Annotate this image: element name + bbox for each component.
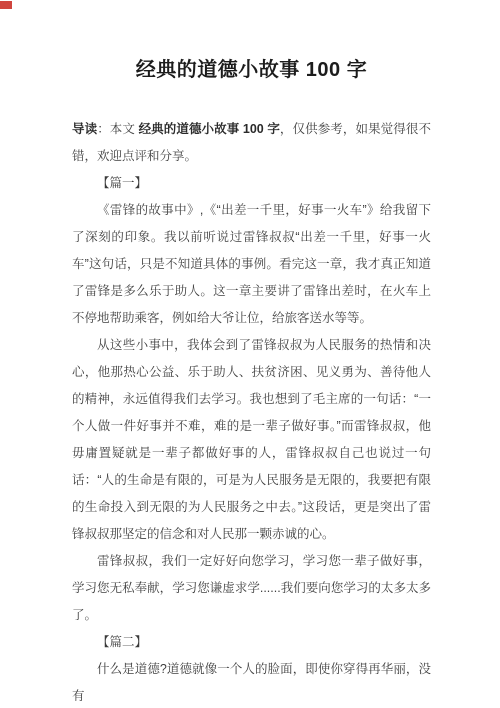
intro-paragraph: 导读：本文 经典的道德小故事 100 字，仅供参考，如果觉得很不错，欢迎点评和分… [72, 116, 431, 170]
corner-marker [0, 1, 12, 9]
section-1-paragraph-2: 从这些小事中，我体会到了雷锋叔叔为人民服务的热情和决心，他那热心公益、乐于助人、… [72, 332, 431, 548]
intro-lead-text: ：本文 [97, 122, 138, 136]
section-2-paragraph-1: 什么是道德?道德就像一个人的脸面，即使你穿得再华丽，没有 [72, 656, 431, 708]
section-1-paragraph-1: 《雷锋的故事中》,《“出差一千里，好事一火车”》给我留下了深刻的印象。我以前听说… [72, 197, 431, 332]
section-1-header: 【篇一】 [72, 170, 431, 197]
section-2-header: 【篇二】 [72, 629, 431, 656]
page-title: 经典的道德小故事 100 字 [72, 56, 431, 84]
intro-highlight: 经典的道德小故事 100 字 [139, 122, 280, 136]
document-page: 经典的道德小故事 100 字 导读：本文 经典的道德小故事 100 字，仅供参考… [0, 0, 500, 708]
intro-label: 导读 [72, 122, 97, 136]
section-1-paragraph-3: 雷锋叔叔，我们一定好好向您学习，学习您一辈子做好事，学习您无私奉献，学习您谦虚求… [72, 548, 431, 629]
